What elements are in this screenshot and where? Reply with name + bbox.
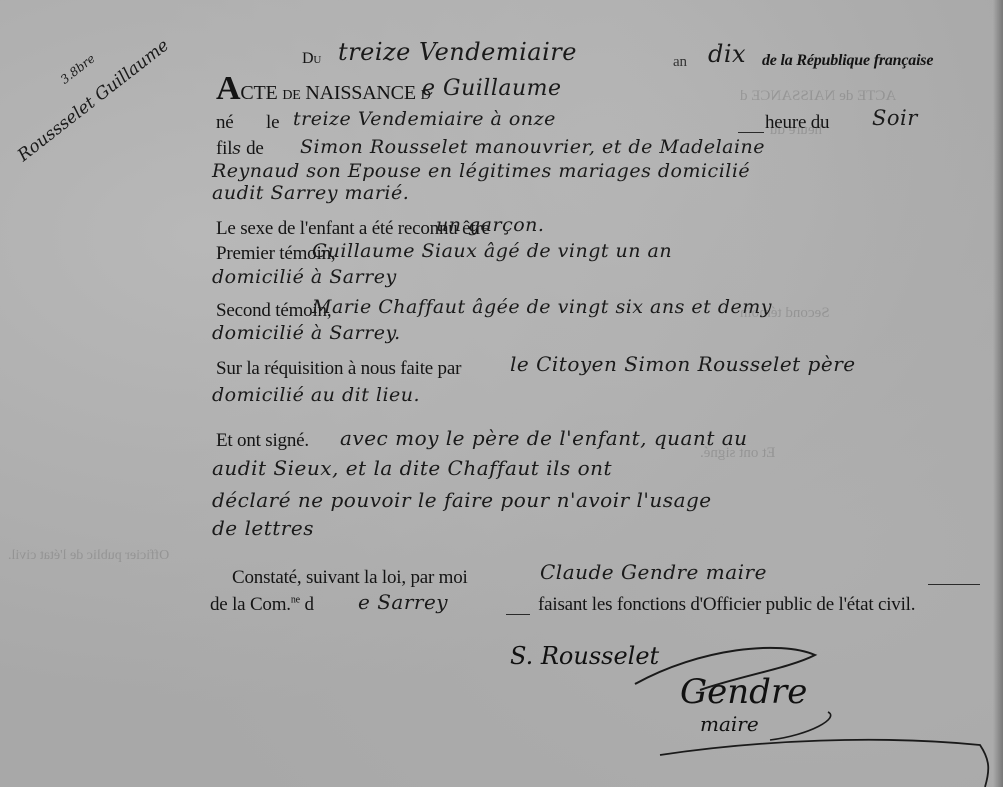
page-edge-shadow <box>993 0 1003 787</box>
document-page: ACTE de NAISSANCE d heure du Second témo… <box>0 0 1003 787</box>
signature-flourish <box>0 0 1003 787</box>
